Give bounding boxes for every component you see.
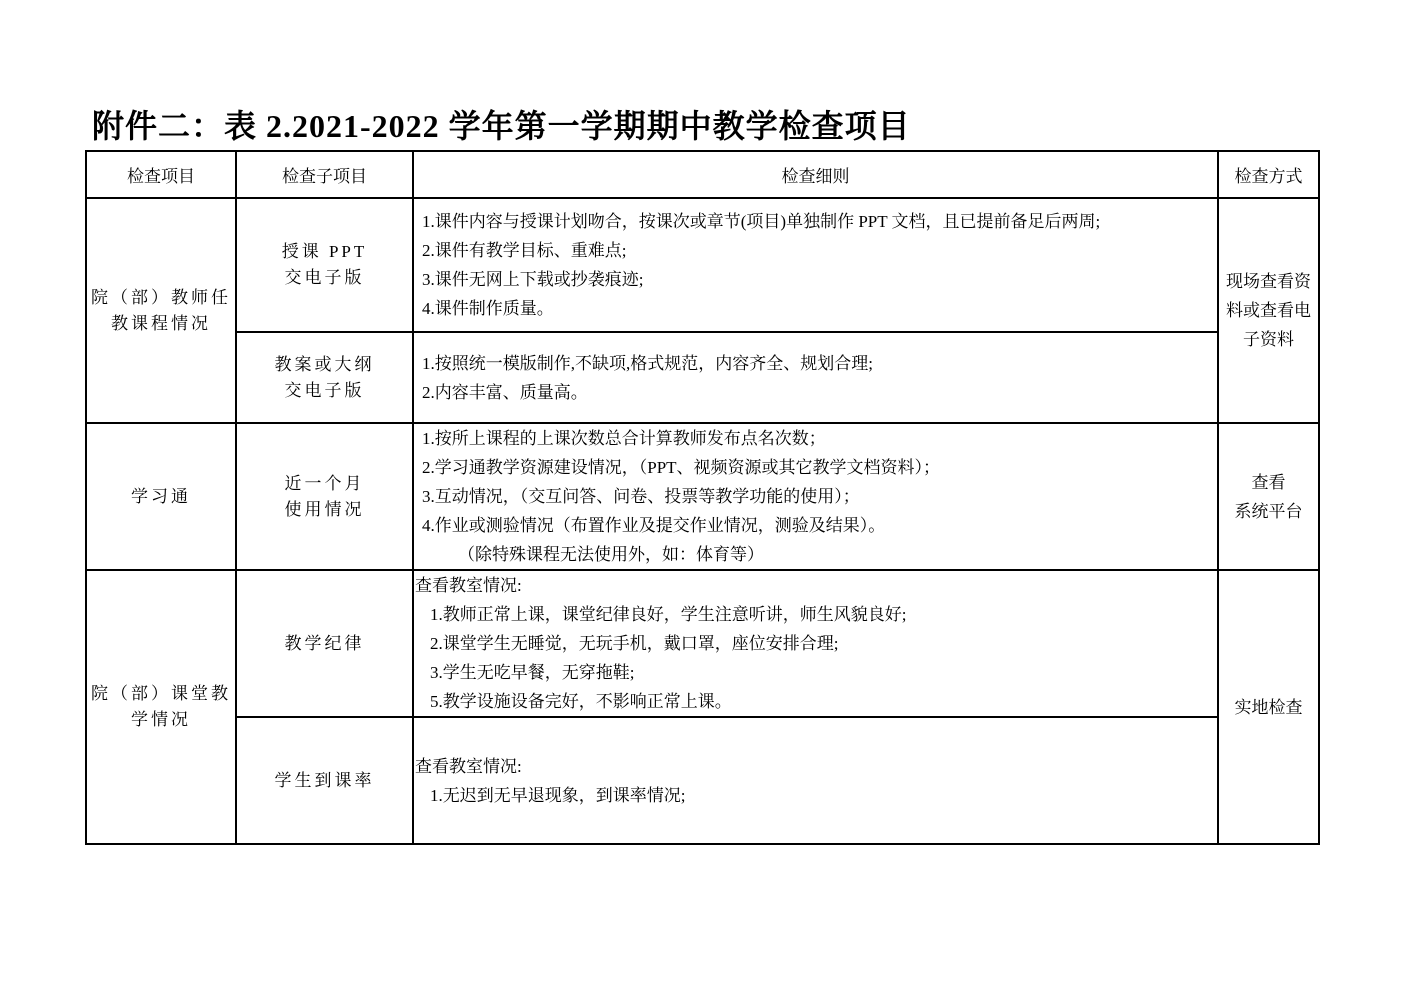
inspection-table: 检查项目 检查子项目 检查细则 检查方式 院（部）教师任 教课程情况 授课 PP… bbox=[85, 150, 1320, 845]
item-cell-classroom-teaching: 院（部）课堂教 学情况 bbox=[86, 570, 236, 844]
detail-line: 1.无迟到无早退现象，到课率情况; bbox=[430, 781, 1217, 810]
table-row: 学生到课率 查看教室情况: 1.无迟到无早退现象，到课率情况; bbox=[86, 717, 1319, 844]
table-row: 院（部）教师任 教课程情况 授课 PPT 交电子版 1.课件内容与授课计划吻合，… bbox=[86, 198, 1319, 332]
subitem-cell-recent-usage: 近一个月 使用情况 bbox=[236, 423, 413, 570]
detail-line: 1.课件内容与授课计划吻合，按课次或章节(项目)单独制作 PPT 文档，且已提前… bbox=[422, 207, 1217, 236]
detail-line: 4.课件制作质量。 bbox=[422, 294, 1217, 323]
detail-line: 2.学习通教学资源建设情况，（PPT、视频资源或其它教学文档资料）； bbox=[422, 453, 1217, 482]
detail-line: （除特殊课程无法使用外，如：体育等） bbox=[458, 540, 1217, 569]
detail-line: 2.内容丰富、质量高。 bbox=[422, 378, 1217, 407]
detail-line: 1.按照统一模版制作,不缺项,格式规范，内容齐全、规划合理; bbox=[422, 349, 1217, 378]
table-row: 院（部）课堂教 学情况 教学纪律 查看教室情况: 1.教师正常上课，课堂纪律良好… bbox=[86, 570, 1319, 717]
item-cell-xuexitong: 学习通 bbox=[86, 423, 236, 570]
column-header-detail: 检查细则 bbox=[413, 151, 1218, 198]
column-header-subitem: 检查子项目 bbox=[236, 151, 413, 198]
detail-line: 3.互动情况，（交互问答、问卷、投票等教学功能的使用）； bbox=[422, 482, 1217, 511]
detail-line: 3.学生无吃早餐，无穿拖鞋; bbox=[430, 658, 1217, 687]
subitem-cell-lesson-plan: 教案或大纲 交电子版 bbox=[236, 332, 413, 423]
page-title: 附件二：表 2.2021-2022 学年第一学期期中教学检查项目 bbox=[92, 101, 911, 147]
item-cell-teacher-courses: 院（部）教师任 教课程情况 bbox=[86, 198, 236, 423]
column-header-item: 检查项目 bbox=[86, 151, 236, 198]
column-header-method: 检查方式 bbox=[1218, 151, 1319, 198]
detail-line: 4.作业或测验情况（布置作业及提交作业情况，测验及结果）。 bbox=[422, 511, 1217, 540]
detail-line: 5.教学设施设备完好，不影响正常上课。 bbox=[430, 687, 1217, 716]
subitem-cell-ppt: 授课 PPT 交电子版 bbox=[236, 198, 413, 332]
subitem-cell-attendance: 学生到课率 bbox=[236, 717, 413, 844]
detail-cell: 查看教室情况: 1.教师正常上课，课堂纪律良好，学生注意听讲，师生风貌良好; 2… bbox=[413, 570, 1218, 717]
detail-line: 3.课件无网上下载或抄袭痕迹; bbox=[422, 265, 1217, 294]
table-row: 学习通 近一个月 使用情况 1.按所上课程的上课次数总合计算教师发布点名次数； … bbox=[86, 423, 1319, 570]
method-cell-field-check: 实地检查 bbox=[1218, 570, 1319, 844]
detail-line: 1.按所上课程的上课次数总合计算教师发布点名次数； bbox=[422, 424, 1217, 453]
method-cell-onsite-materials: 现场查看资料或查看电子资料 bbox=[1218, 198, 1319, 423]
method-cell-system-platform: 查看 系统平台 bbox=[1218, 423, 1319, 570]
detail-cell: 1.按照统一模版制作,不缺项,格式规范，内容齐全、规划合理; 2.内容丰富、质量… bbox=[413, 332, 1218, 423]
table-row: 教案或大纲 交电子版 1.按照统一模版制作,不缺项,格式规范，内容齐全、规划合理… bbox=[86, 332, 1319, 423]
detail-intro-line: 查看教室情况: bbox=[415, 752, 1217, 781]
detail-cell: 1.课件内容与授课计划吻合，按课次或章节(项目)单独制作 PPT 文档，且已提前… bbox=[413, 198, 1218, 332]
detail-cell: 查看教室情况: 1.无迟到无早退现象，到课率情况; bbox=[413, 717, 1218, 844]
table-header-row: 检查项目 检查子项目 检查细则 检查方式 bbox=[86, 151, 1319, 198]
subitem-cell-discipline: 教学纪律 bbox=[236, 570, 413, 717]
detail-line: 2.课件有教学目标、重难点; bbox=[422, 236, 1217, 265]
detail-line: 1.教师正常上课，课堂纪律良好，学生注意听讲，师生风貌良好; bbox=[430, 600, 1217, 629]
detail-line: 2.课堂学生无睡觉，无玩手机，戴口罩，座位安排合理; bbox=[430, 629, 1217, 658]
detail-cell: 1.按所上课程的上课次数总合计算教师发布点名次数； 2.学习通教学资源建设情况，… bbox=[413, 423, 1218, 570]
detail-intro-line: 查看教室情况: bbox=[415, 571, 1217, 600]
